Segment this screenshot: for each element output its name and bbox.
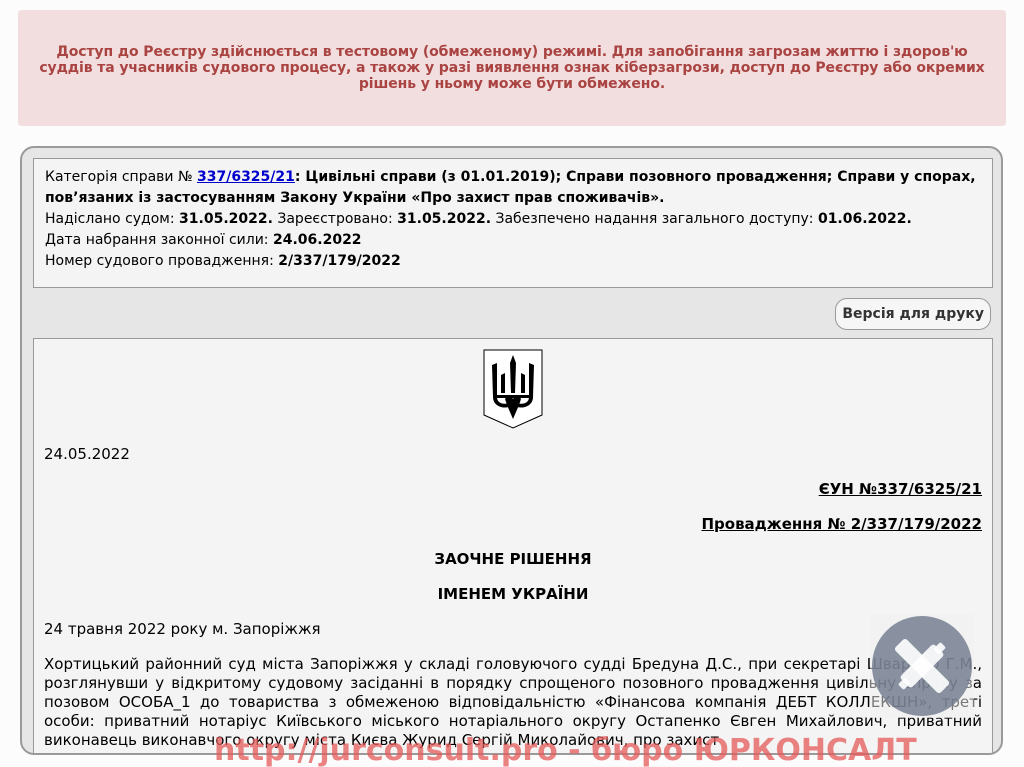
decision-document: 24.05.2022 ЄУН №337/6325/21 Провадження … <box>33 338 993 755</box>
place-and-date: 24 травня 2022 року м. Запоріжжя <box>44 620 982 639</box>
proceeding-heading: Провадження № 2/337/179/2022 <box>44 515 982 534</box>
proceeding-number-line: Номер судового провадження: 2/337/179/20… <box>45 251 981 272</box>
decision-body-text: Хортицький районний суд міста Запоріжжя … <box>44 655 982 750</box>
proceeding-label: Номер судового провадження: <box>45 253 278 269</box>
case-number-link[interactable]: 337/6325/21 <box>197 169 295 185</box>
case-info-panel: Категорія справи № 337/6325/21: Цивільні… <box>33 158 993 288</box>
decision-subtitle: ІМЕНЕМ УКРАЇНИ <box>44 585 982 604</box>
case-dates-line: Надіслано судом: 31.05.2022. Зареєстрова… <box>45 209 981 230</box>
registered-label: Зареєстровано: <box>273 211 397 227</box>
registered-date: 31.05.2022. <box>397 211 491 227</box>
decision-date: 24.05.2022 <box>44 445 982 464</box>
ukraine-trident-emblem-icon <box>483 349 543 429</box>
print-version-button[interactable]: Версія для друку <box>835 298 991 330</box>
sent-date: 31.05.2022. <box>179 211 273 227</box>
effective-date-line: Дата набрання законної сили: 24.06.2022 <box>45 230 981 251</box>
access-label: Забезпечено надання загального доступу: <box>491 211 818 227</box>
decision-title: ЗАОЧНЕ РІШЕННЯ <box>44 550 982 569</box>
case-category-line: Категорія справи № 337/6325/21: Цивільні… <box>45 167 981 209</box>
sent-label: Надіслано судом: <box>45 211 179 227</box>
unified-case-number: ЄУН №337/6325/21 <box>44 480 982 499</box>
access-date: 01.06.2022. <box>818 211 912 227</box>
registry-notice-banner: Доступ до Реєстру здійснюється в тестово… <box>18 10 1006 126</box>
effective-label: Дата набрання законної сили: <box>45 232 273 248</box>
decision-frame: Категорія справи № 337/6325/21: Цивільні… <box>20 146 1003 755</box>
proceeding-number: 2/337/179/2022 <box>278 253 401 269</box>
effective-date: 24.06.2022 <box>273 232 362 248</box>
registry-notice-text: Доступ до Реєстру здійснюється в тестово… <box>34 44 990 92</box>
case-category-label: Категорія справи № <box>45 169 197 185</box>
